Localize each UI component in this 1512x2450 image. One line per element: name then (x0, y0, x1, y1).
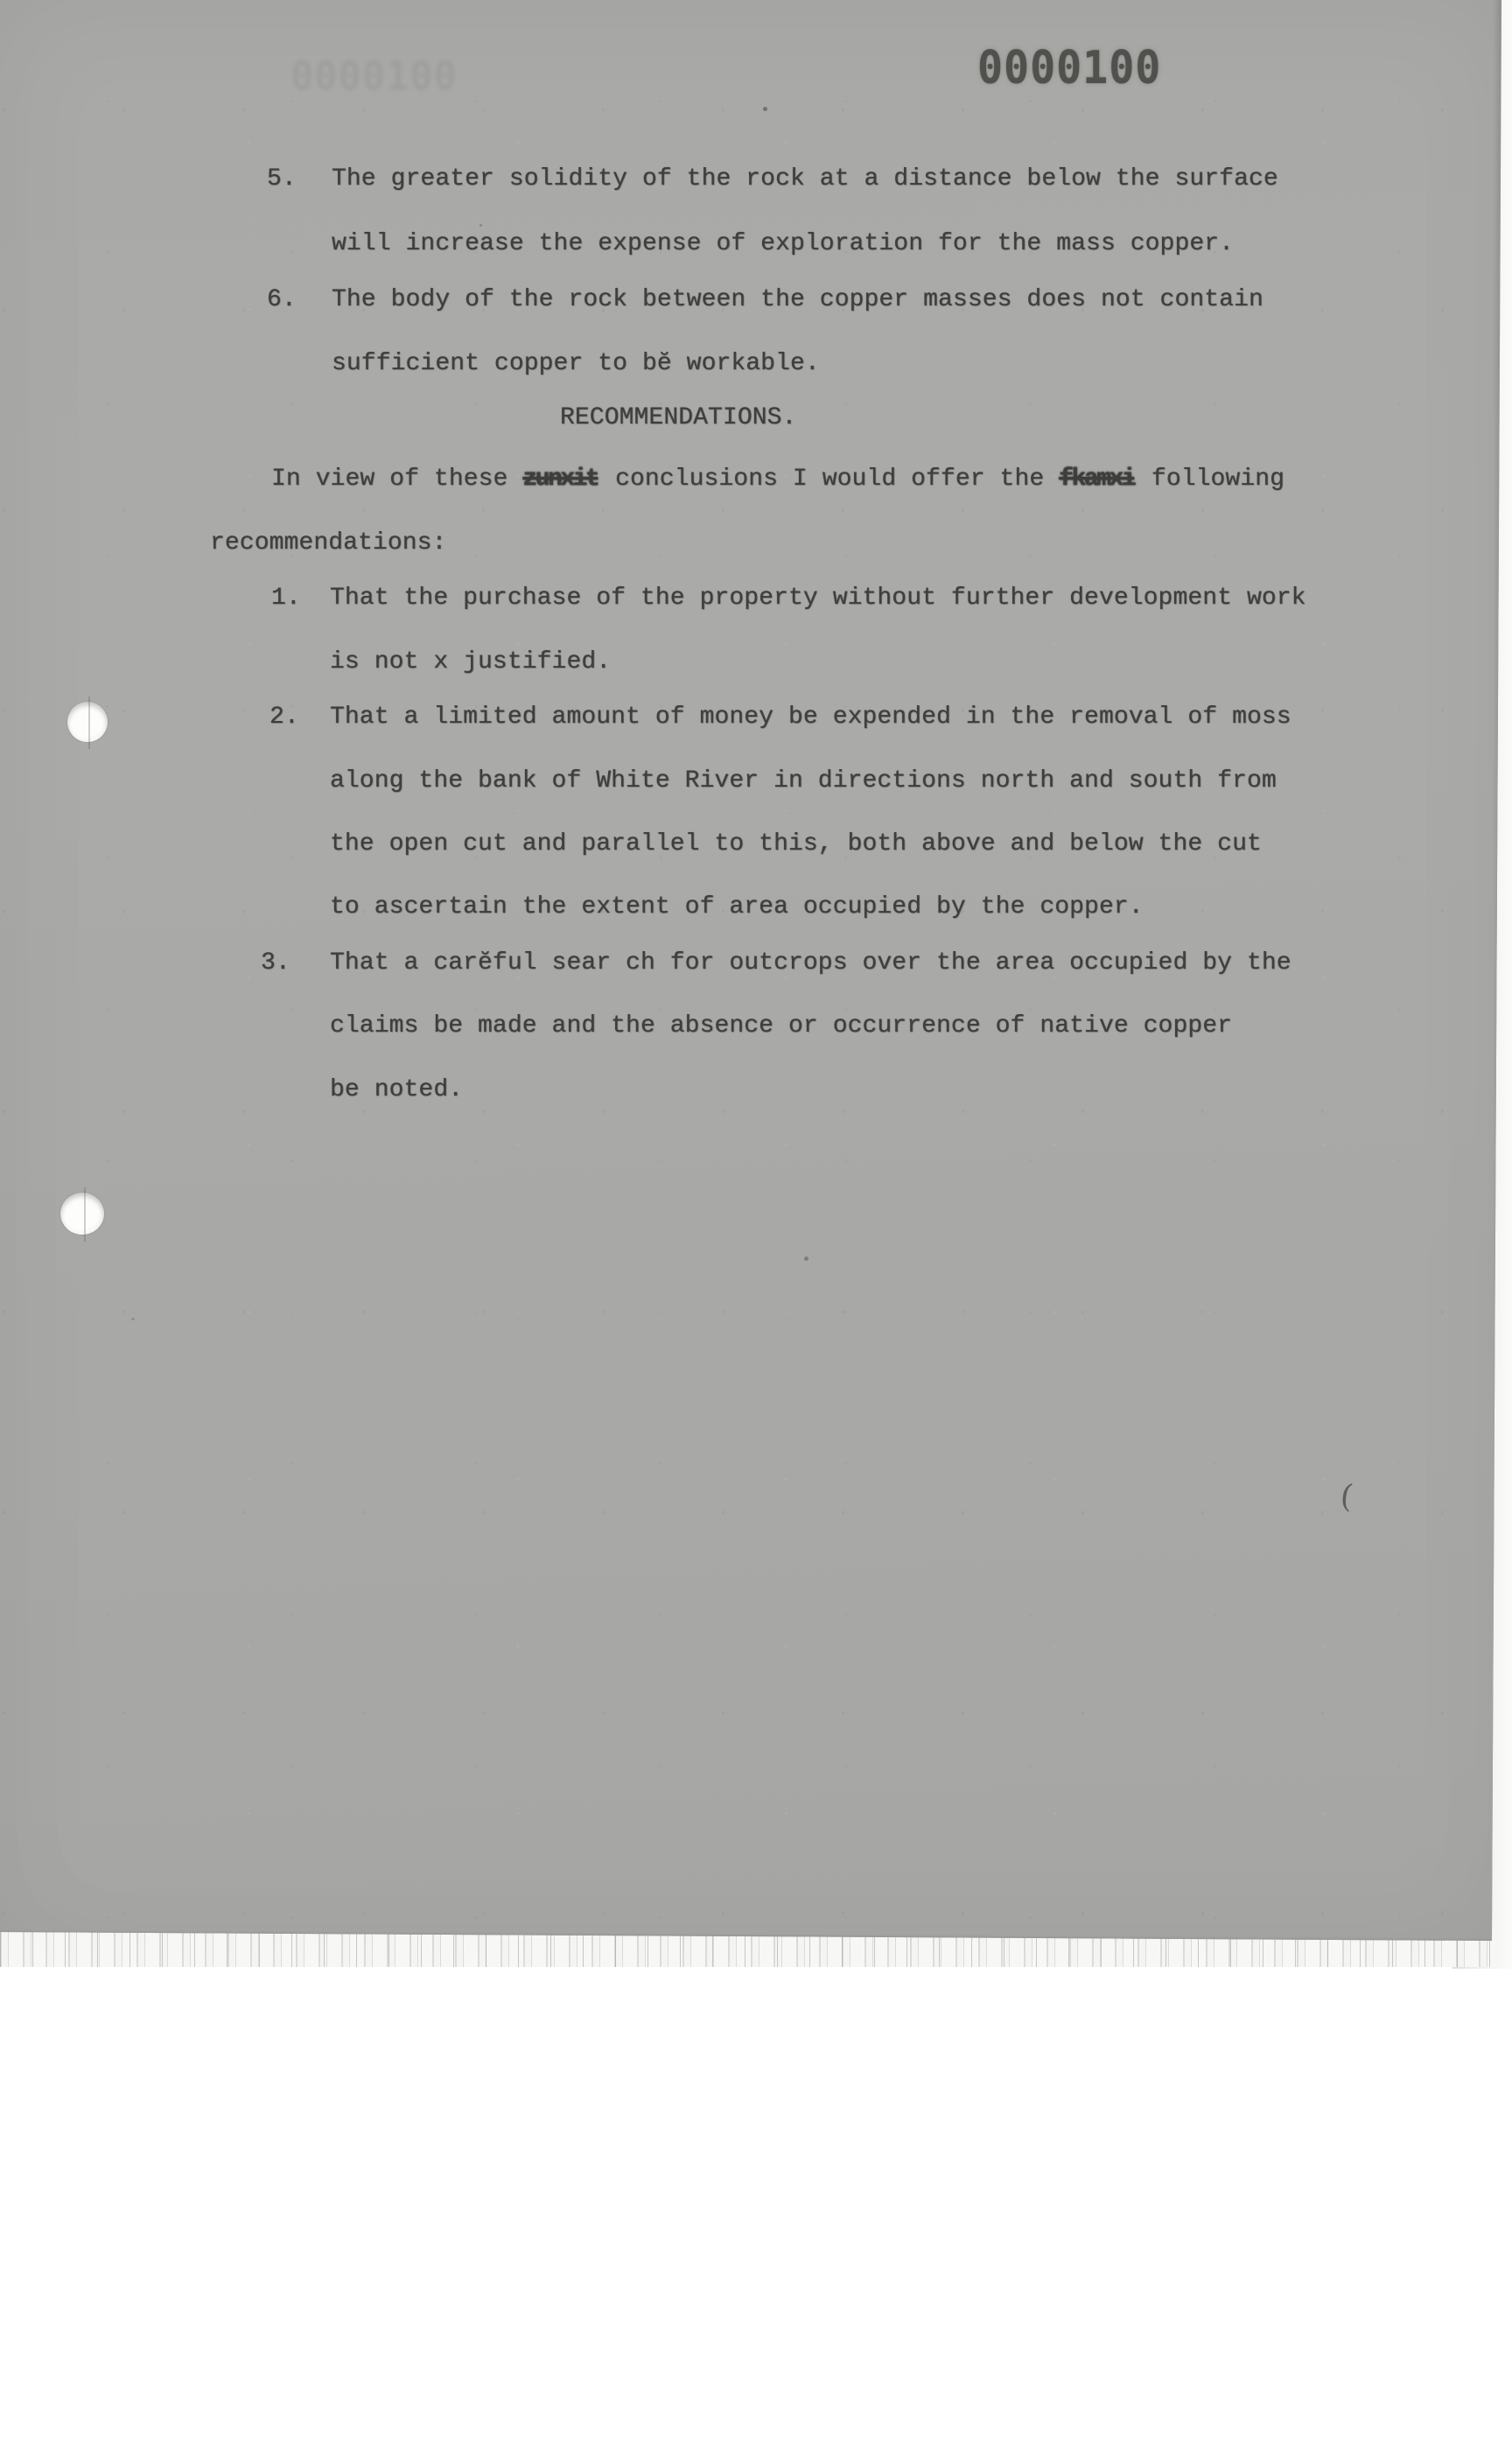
ink-speck (804, 1256, 808, 1261)
ghost-stamp-number: 0000100 (290, 52, 458, 100)
recommendation-1-number: 1. (271, 584, 301, 613)
recommendation-3-number: 3. (261, 948, 290, 978)
recommendation-2-line-1: That a limited amount of money be expend… (330, 703, 1291, 732)
punch-hole-top (67, 702, 108, 742)
recommendation-3-line-2: claims be made and the absence or occurr… (330, 1011, 1232, 1041)
ink-speck (479, 224, 482, 227)
recommendation-1-line-1: That the purchase of the property withou… (330, 584, 1306, 613)
struck-out-word-2: fkamxi (1059, 465, 1137, 493)
conclusion-5-number: 5. (267, 164, 297, 194)
scan-line-through-bottom-hole (84, 1187, 86, 1242)
intro-paragraph-line-1: In view of these zunxit conclusions I wo… (271, 465, 1284, 494)
recommendation-3-line-1: That a carĕful sear ch for outcrops over… (330, 948, 1291, 978)
intro-text-mid: conclusions I would offer the (600, 465, 1059, 493)
recommendation-2-line-2: along the bank of White River in directi… (330, 766, 1277, 796)
intro-text-pre: In view of these (271, 465, 522, 493)
stray-pen-mark: ( (1339, 1478, 1355, 1515)
intro-text-post: following (1137, 465, 1284, 493)
punch-hole-bottom (60, 1193, 104, 1235)
conclusion-6-line-2: sufficient copper to bĕ workable. (332, 349, 820, 379)
recommendation-1-line-2: is not x justified. (330, 647, 611, 677)
page-stamp-number: 0000100 (977, 42, 1161, 94)
recommendation-2-line-3: the open cut and parallel to this, both … (330, 829, 1262, 859)
recommendation-2-line-4: to ascertain the extent of area occupied… (330, 892, 1144, 922)
conclusion-5-line-1: The greater solidity of the rock at a di… (332, 164, 1278, 194)
conclusion-6-line-1: The body of the rock between the copper … (332, 285, 1263, 315)
ink-speck (763, 107, 767, 111)
recommendation-3-line-3: be noted. (330, 1075, 463, 1105)
ink-speck (131, 1318, 135, 1320)
conclusion-6-number: 6. (267, 285, 297, 315)
section-heading: RECOMMENDATIONS. (560, 403, 796, 433)
recommendation-2-number: 2. (269, 703, 299, 732)
conclusion-5-line-2: will increase the expense of exploration… (332, 229, 1234, 259)
scanned-page: 0000100 0000100 5. The greater solidity … (0, 0, 1505, 1951)
intro-paragraph-line-2: recommendations: (210, 528, 446, 558)
scan-line-through-top-hole (88, 696, 90, 749)
struck-out-word-1: zunxit (522, 465, 600, 493)
